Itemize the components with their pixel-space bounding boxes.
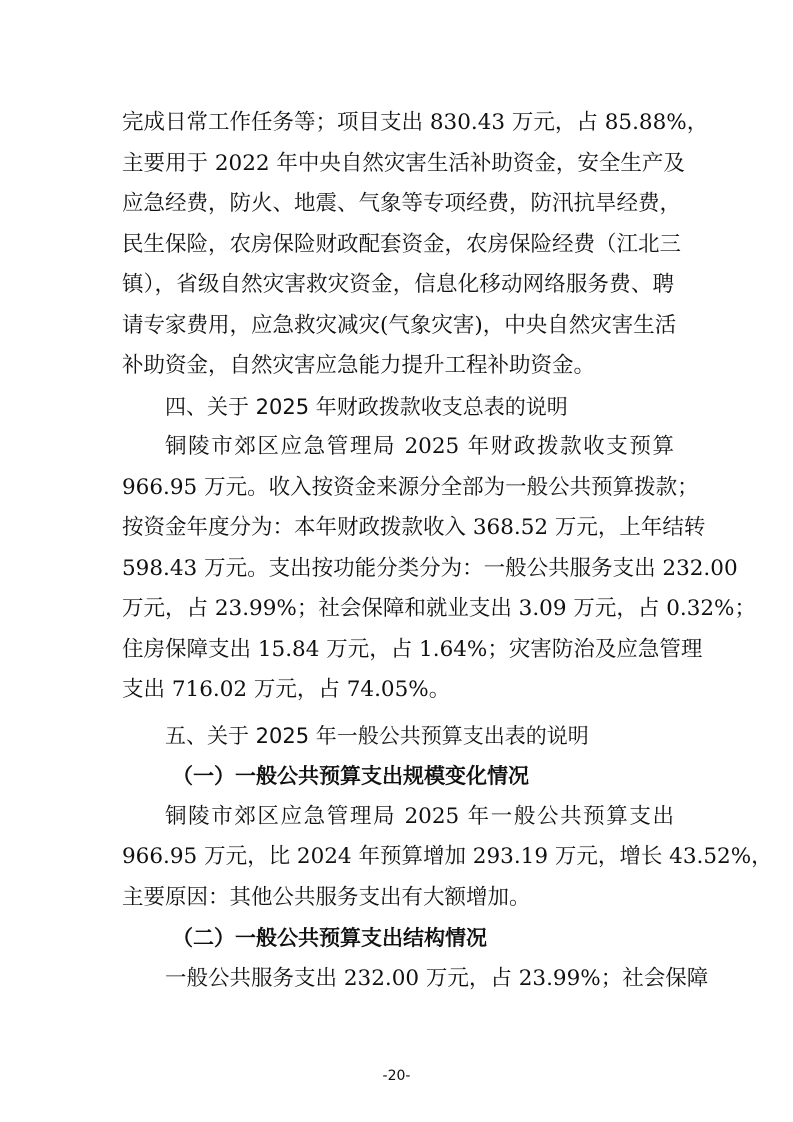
section-heading-4: 四、关于 2025 年财政拨款收支总表的说明 [122,387,674,428]
paragraph-line: 民生保险，农房保险财政配套资金，农房保险经费（江北三 [122,225,674,266]
paragraph-line: 按资金年度分为：本年财政拨款收入 368.52 万元，上年结转 [122,508,674,549]
paragraph-line: 万元，占 23.99%；社会保障和就业支出 3.09 万元，占 0.32%； [122,589,674,630]
paragraph-line: 铜陵市郊区应急管理局 2025 年一般公共预算支出 [122,797,674,838]
subsection-heading-2: （二）一般公共预算支出结构情况 [122,918,674,959]
document-page: 完成日常工作任务等；项目支出 830.43 万元，占 85.88%， 主要用于 … [122,103,674,999]
paragraph-line: 598.43 万元。支出按功能分类分为：一般公共服务支出 232.00 [122,549,674,590]
paragraph-line: 支出 716.02 万元，占 74.05%。 [122,670,674,711]
paragraph-line: 主要原因：其他公共服务支出有大额增加。 [122,878,674,919]
paragraph-line: 应急经费，防火、地震、气象等专项经费，防汛抗旱经费， [122,184,674,225]
paragraph-line: 镇），省级自然灾害救灾资金，信息化移动网络服务费、聘 [122,265,674,306]
subsection-heading-1: （一）一般公共预算支出规模变化情况 [122,756,674,797]
paragraph-line: 住房保障支出 15.84 万元，占 1.64%；灾害防治及应急管理 [122,630,674,671]
paragraph-line: 一般公共服务支出 232.00 万元，占 23.99%；社会保障 [122,959,674,1000]
paragraph-line: 主要用于 2022 年中央自然灾害生活补助资金，安全生产及 [122,144,674,185]
paragraph-line: 完成日常工作任务等；项目支出 830.43 万元，占 85.88%， [122,103,674,144]
page-number: -20- [0,1068,793,1084]
paragraph-line: 铜陵市郊区应急管理局 2025 年财政拨款收支预算 [122,427,674,468]
section-heading-5: 五、关于 2025 年一般公共预算支出表的说明 [122,716,674,757]
paragraph-line: 966.95 万元。收入按资金来源分全部为一般公共预算拨款； [122,468,674,509]
paragraph-line: 补助资金，自然灾害应急能力提升工程补助资金。 [122,346,674,387]
paragraph-line: 966.95 万元，比 2024 年预算增加 293.19 万元，增长 43.5… [122,837,674,878]
paragraph-line: 请专家费用，应急救灾减灾(气象灾害)，中央自然灾害生活 [122,306,674,347]
